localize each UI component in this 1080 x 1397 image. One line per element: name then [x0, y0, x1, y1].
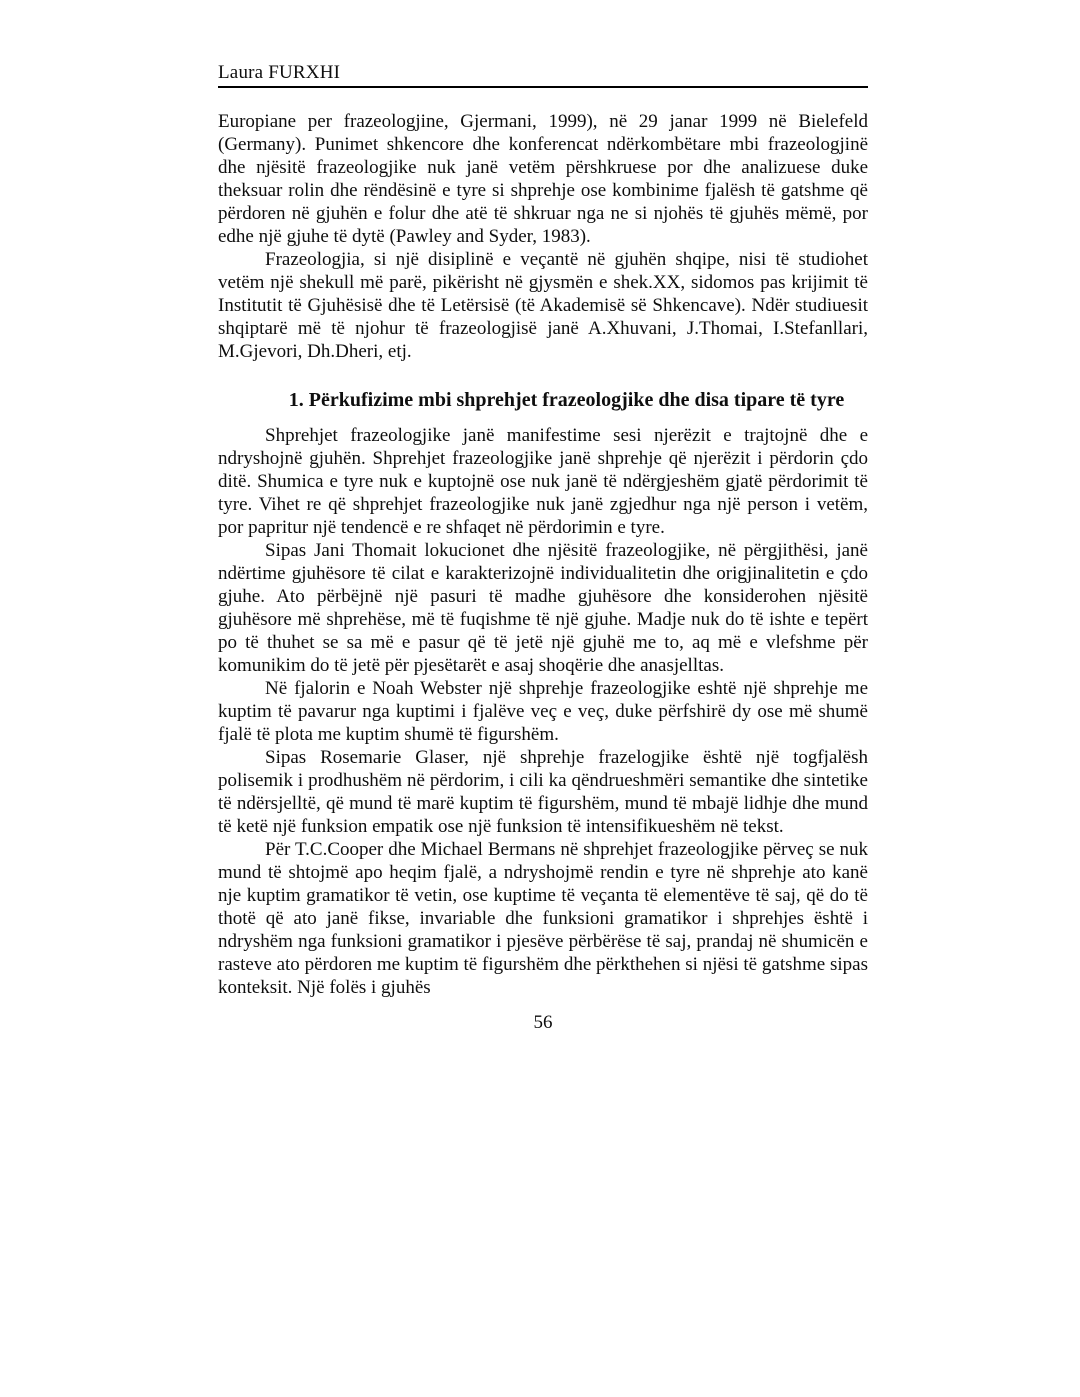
paragraph: Në fjalorin e Noah Webster një shprehje …: [218, 677, 868, 746]
paragraph: Europiane per frazeologjine, Gjermani, 1…: [218, 110, 868, 248]
page-content: Laura FURXHI Europiane per frazeologjine…: [218, 62, 868, 1034]
document-page: Laura FURXHI Europiane per frazeologjine…: [0, 0, 1080, 1397]
paragraph: Shprehjet frazeologjike janë manifestime…: [218, 424, 868, 539]
paragraph: Për T.C.Cooper dhe Michael Bermans në sh…: [218, 838, 868, 999]
paragraph: Frazeologjia, si një disiplinë e veçantë…: [218, 248, 868, 363]
running-head: Laura FURXHI: [218, 62, 868, 88]
page-number: 56: [218, 1011, 868, 1034]
paragraph: Sipas Rosemarie Glaser, një shprehje fra…: [218, 746, 868, 838]
body-text: Europiane per frazeologjine, Gjermani, 1…: [218, 110, 868, 1034]
paragraph: Sipas Jani Thomait lokucionet dhe njësit…: [218, 539, 868, 677]
section-heading: 1. Përkufizime mbi shprehjet frazeologji…: [218, 389, 868, 412]
